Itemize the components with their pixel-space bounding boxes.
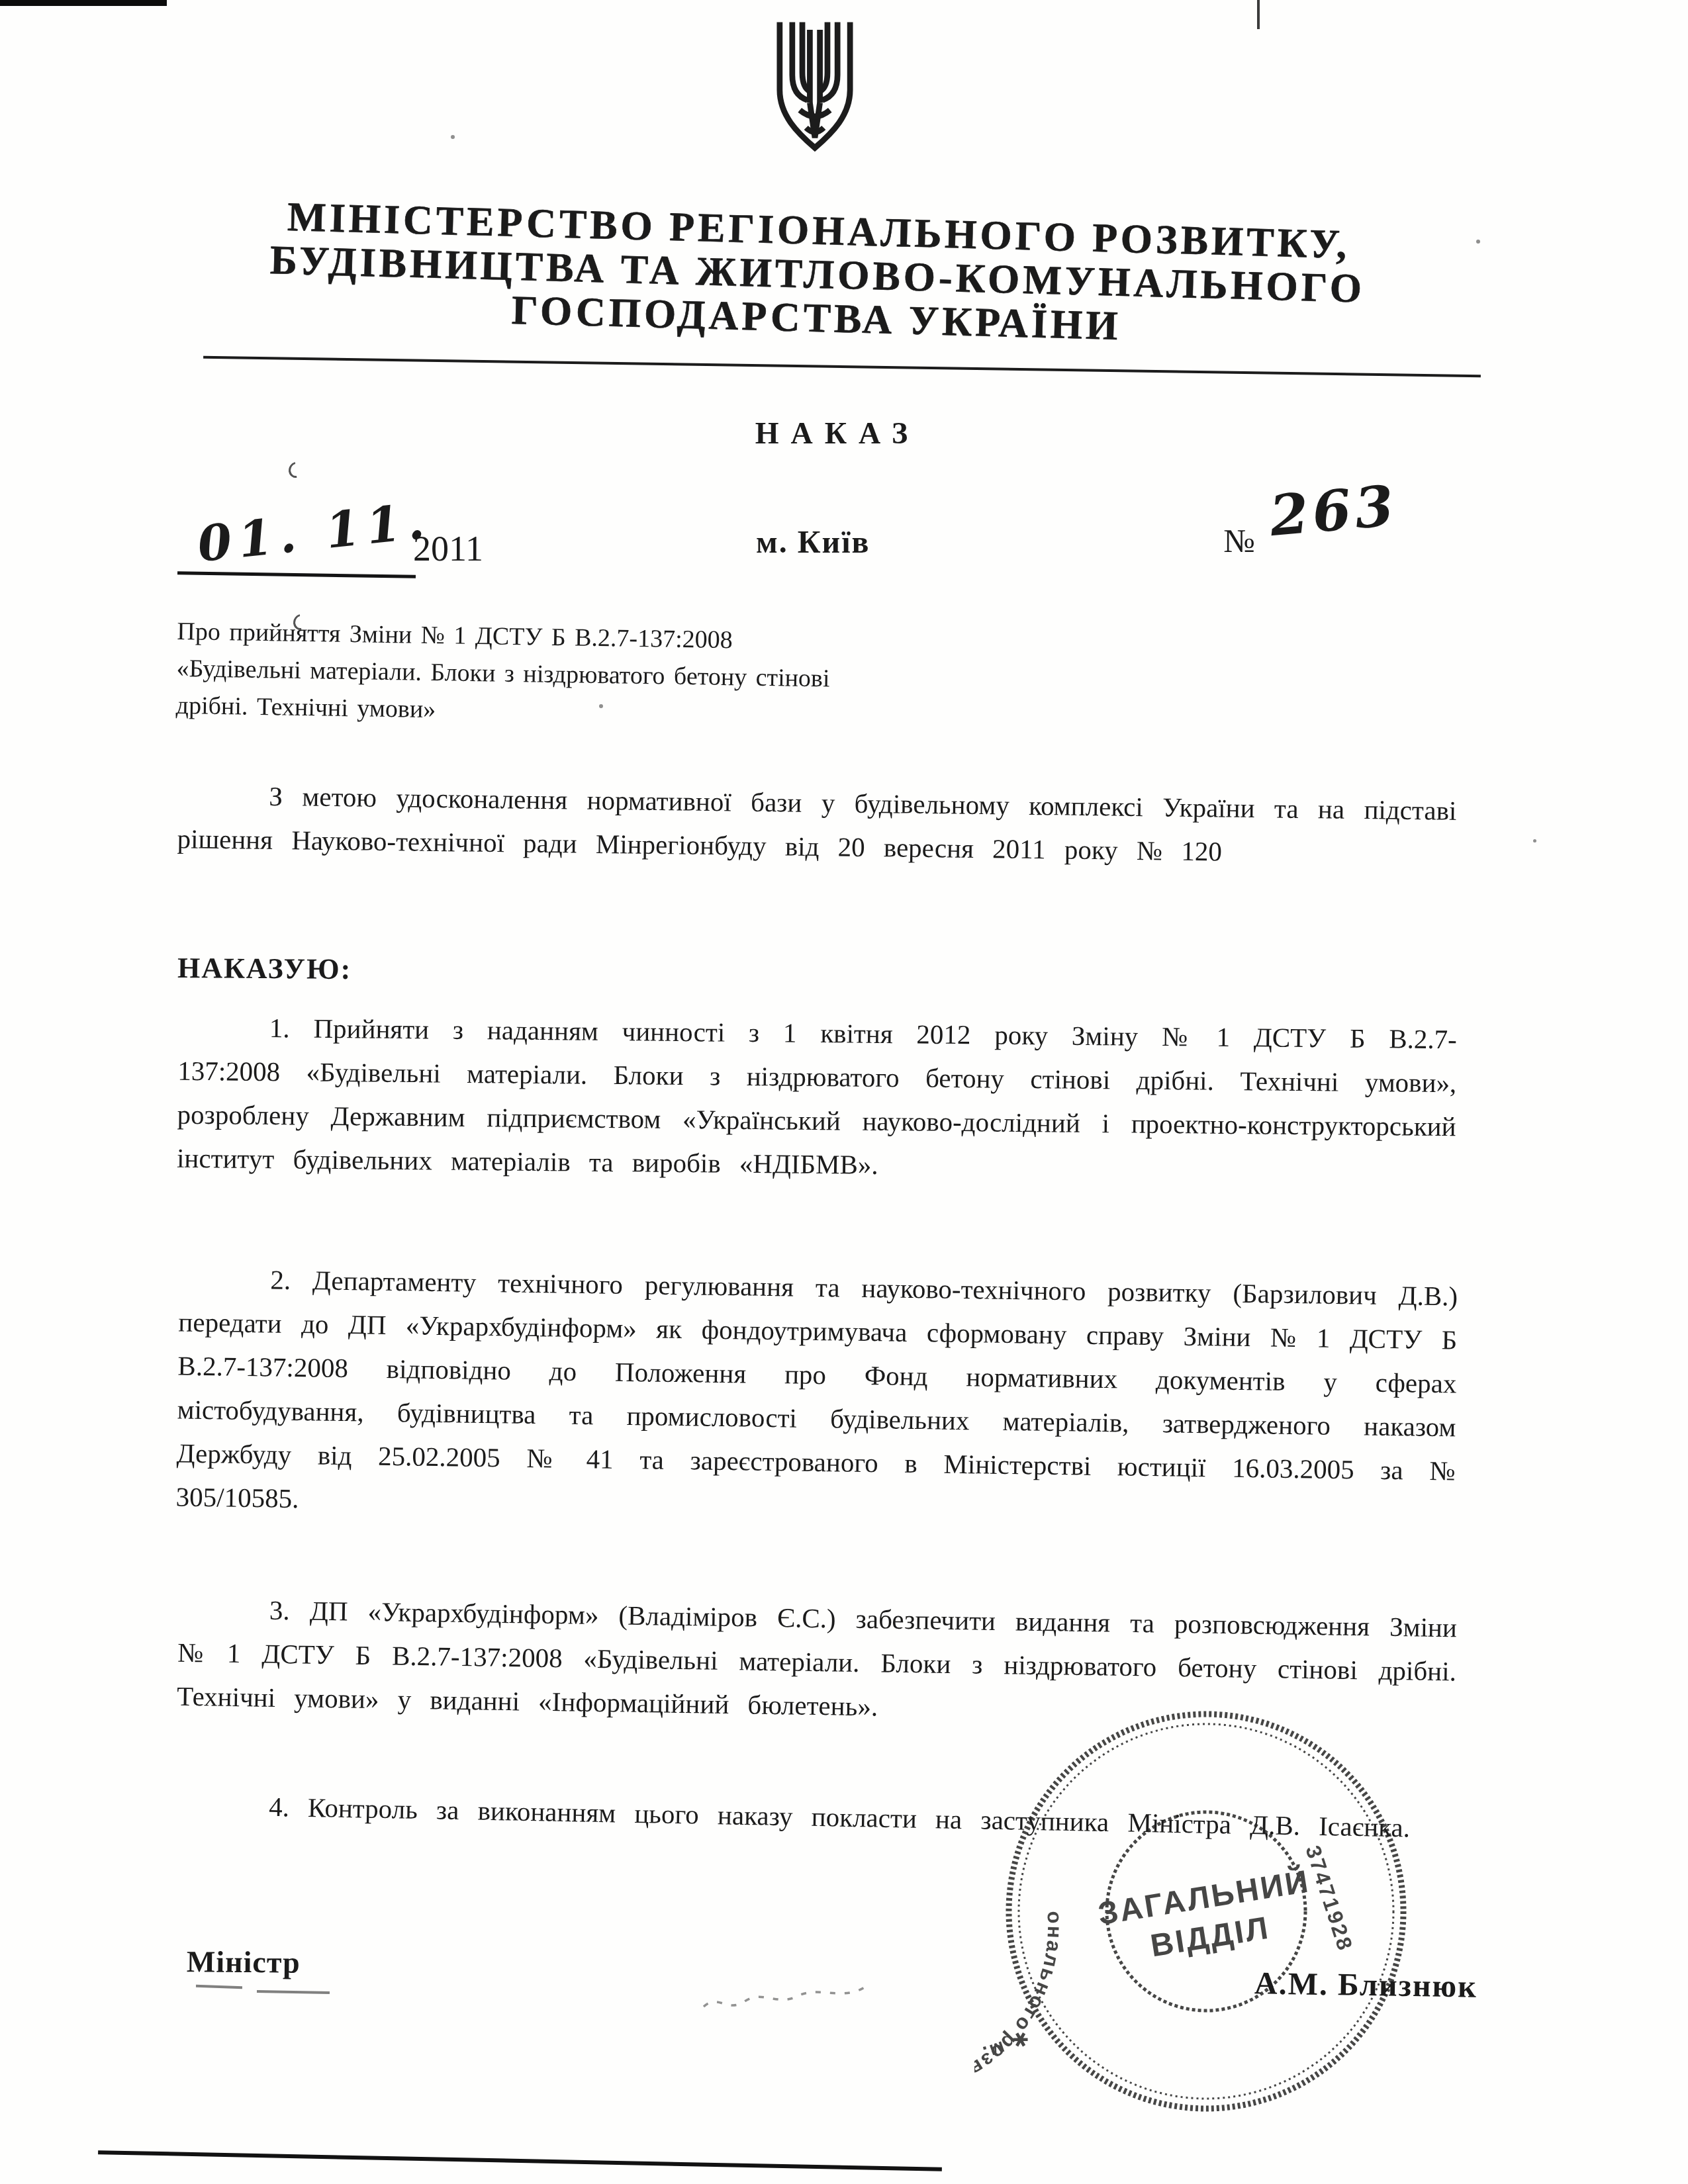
minister-title: Міністр <box>187 1944 301 1979</box>
order-number-handwritten: 263 <box>1267 473 1400 549</box>
clause-number: 1. <box>269 1013 290 1043</box>
pen-mark-above-date <box>285 459 306 480</box>
ministry-header: МІНІСТЕРСТВО РЕГІОНАЛЬНОГО РОЗВИТКУ, БУД… <box>154 192 1481 357</box>
order-clause-2: 2. Департаменту технічного регулювання т… <box>175 1257 1458 1537</box>
order-number-sign: № <box>1223 522 1255 560</box>
order-date-year: 2011 <box>413 528 483 569</box>
scan-edge-artifact-top <box>0 0 167 6</box>
pen-squiggle-mark <box>698 1967 870 2026</box>
round-official-stamp-icon: Міністерство регіонального розвитку, буд… <box>974 1680 1438 2143</box>
order-city: м. Київ <box>756 524 870 561</box>
header-divider-rule <box>203 356 1481 378</box>
ink-speck <box>1533 839 1536 842</box>
clause-number: 3. <box>269 1595 290 1625</box>
order-subject: Про прийняття Зміни № 1 ДСТУ Б В.2.7-137… <box>175 613 833 735</box>
date-underline <box>177 571 416 578</box>
order-title: НАКАЗ <box>632 416 1043 451</box>
order-date-handwritten: 01. 11. <box>195 492 433 573</box>
scan-line-artifact-top-right <box>1257 0 1260 29</box>
order-clause-1: 1. Прийняти з наданням чинності з 1 квіт… <box>177 1005 1457 1193</box>
clause-text: Департаменту технічного регулювання та н… <box>175 1265 1458 1514</box>
scan-line-artifact-bottom <box>98 2150 942 2171</box>
resolution-word: НАКАЗУЮ: <box>177 951 352 986</box>
pen-dash-mark <box>257 1990 330 1994</box>
scanned-order-document: МІНІСТЕРСТВО РЕГІОНАЛЬНОГО РОЗВИТКУ, БУД… <box>0 0 1688 2184</box>
clause-number: 2. <box>270 1264 291 1295</box>
pen-dash-mark <box>196 1985 242 1989</box>
clause-text: Прийняти з наданням чинності з 1 квітня … <box>177 1013 1457 1180</box>
order-preamble: З метою удосконалення нормативної бази у… <box>177 773 1456 876</box>
ink-speck <box>451 135 455 139</box>
minister-name: А.М. Близнюк <box>1254 1965 1478 2005</box>
clause-number: 4. <box>269 1792 290 1823</box>
ukraine-trident-emblem-icon <box>752 17 878 153</box>
